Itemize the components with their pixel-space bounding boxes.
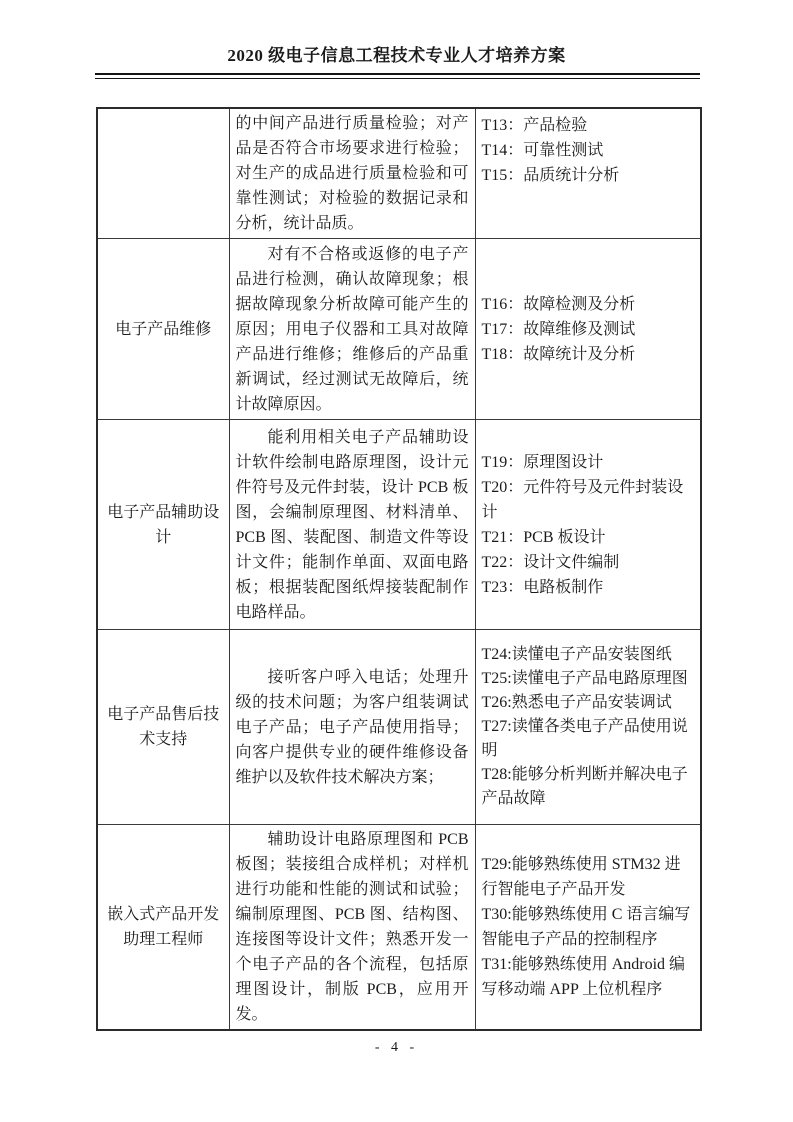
role-cell: 电子产品售后技术支持 <box>97 630 229 825</box>
table-row: 电子产品维修 对有不合格或返修的电子产品进行检测，确认故障现象；根据故障现象分析… <box>97 239 701 420</box>
skill-requirement-cell: T13：产品检验 T14：可靠性测试 T15：品质统计分析 <box>475 108 701 239</box>
task-item: T31:能够熟练使用 Android 编写移动端 APP 上位机程序 <box>482 952 695 1002</box>
occupation-skill-table: 的中间产品进行质量检验；对产品是否符合市场要求进行检验；对生产的成品进行质量检验… <box>96 107 702 1031</box>
skill-requirement-cell: T19：原理图设计 T20：元件符号及元件封装设计 T21：PCB 板设计 T2… <box>475 420 701 630</box>
task-item: T16：故障检测及分析 <box>482 292 695 317</box>
task-item: T24:读懂电子产品安装图纸 <box>482 643 695 667</box>
task-item: T23：电路板制作 <box>482 575 695 600</box>
task-item: T15：品质统计分析 <box>482 163 695 188</box>
task-item: T17：故障维修及测试 <box>482 317 695 342</box>
task-item: T13：产品检验 <box>482 113 695 138</box>
table-row: 电子产品辅助设计 能利用相关电子产品辅助设计软件绘制电路原理图，设计元件符号及元… <box>97 420 701 630</box>
task-item: T20：元件符号及元件封装设计 <box>482 475 695 525</box>
task-item: T27:读懂各类电子产品使用说明 <box>482 715 695 763</box>
role-cell <box>97 108 229 239</box>
task-item: T29:能够熟练使用 STM32 进行智能电子产品开发 <box>482 852 695 902</box>
header-divider <box>95 73 700 79</box>
table-row: 电子产品售后技术支持 接听客户呼入电话；处理升级的技术问题；为客户组装调试电子产… <box>97 630 701 825</box>
task-item: T28:能够分析判断并解决电子产品故障 <box>482 763 695 811</box>
role-cell: 嵌入式产品开发助理工程师 <box>97 825 229 1031</box>
task-item: T26:熟悉电子产品安装调试 <box>482 691 695 715</box>
task-item: T14：可靠性测试 <box>482 138 695 163</box>
skill-requirement-cell: T24:读懂电子产品安装图纸 T25:读懂电子产品电路原理图 T26:熟悉电子产… <box>475 630 701 825</box>
skill-requirement-cell: T16：故障检测及分析 T17：故障维修及测试 T18：故障统计及分析 <box>475 239 701 420</box>
table-row: 的中间产品进行质量检验；对产品是否符合市场要求进行检验；对生产的成品进行质量检验… <box>97 108 701 239</box>
role-cell: 电子产品辅助设计 <box>97 420 229 630</box>
task-item: T18：故障统计及分析 <box>482 342 695 367</box>
task-item: T30:能够熟练使用 C 语言编写智能电子产品的控制程序 <box>482 902 695 952</box>
duty-description-cell: 的中间产品进行质量检验；对产品是否符合市场要求进行检验；对生产的成品进行质量检验… <box>229 108 475 239</box>
duty-description-cell: 辅助设计电路原理图和 PCB 板图；装接组合成样机；对样机进行功能和性能的测试和… <box>229 825 475 1031</box>
task-item: T25:读懂电子产品电路原理图 <box>482 667 695 691</box>
table-row: 嵌入式产品开发助理工程师 辅助设计电路原理图和 PCB 板图；装接组合成样机；对… <box>97 825 701 1031</box>
task-item: T19：原理图设计 <box>482 450 695 475</box>
skill-requirement-cell: T29:能够熟练使用 STM32 进行智能电子产品开发 T30:能够熟练使用 C… <box>475 825 701 1031</box>
role-cell: 电子产品维修 <box>97 239 229 420</box>
task-item: T22：设计文件编制 <box>482 550 695 575</box>
duty-description-cell: 接听客户呼入电话；处理升级的技术问题；为客户组装调试电子产品；电子产品使用指导；… <box>229 630 475 825</box>
page-number: - 4 - <box>0 1040 793 1056</box>
task-item: T21：PCB 板设计 <box>482 525 695 550</box>
duty-description-cell: 能利用相关电子产品辅助设计软件绘制电路原理图，设计元件符号及元件封装，设计 PC… <box>229 420 475 630</box>
document-page: 2020 级电子信息工程技术专业人才培养方案 的中间产品进行质量检验；对产品是否… <box>0 0 793 1122</box>
page-title: 2020 级电子信息工程技术专业人才培养方案 <box>0 41 793 66</box>
duty-description-cell: 对有不合格或返修的电子产品进行检测，确认故障现象；根据故障现象分析故障可能产生的… <box>229 239 475 420</box>
